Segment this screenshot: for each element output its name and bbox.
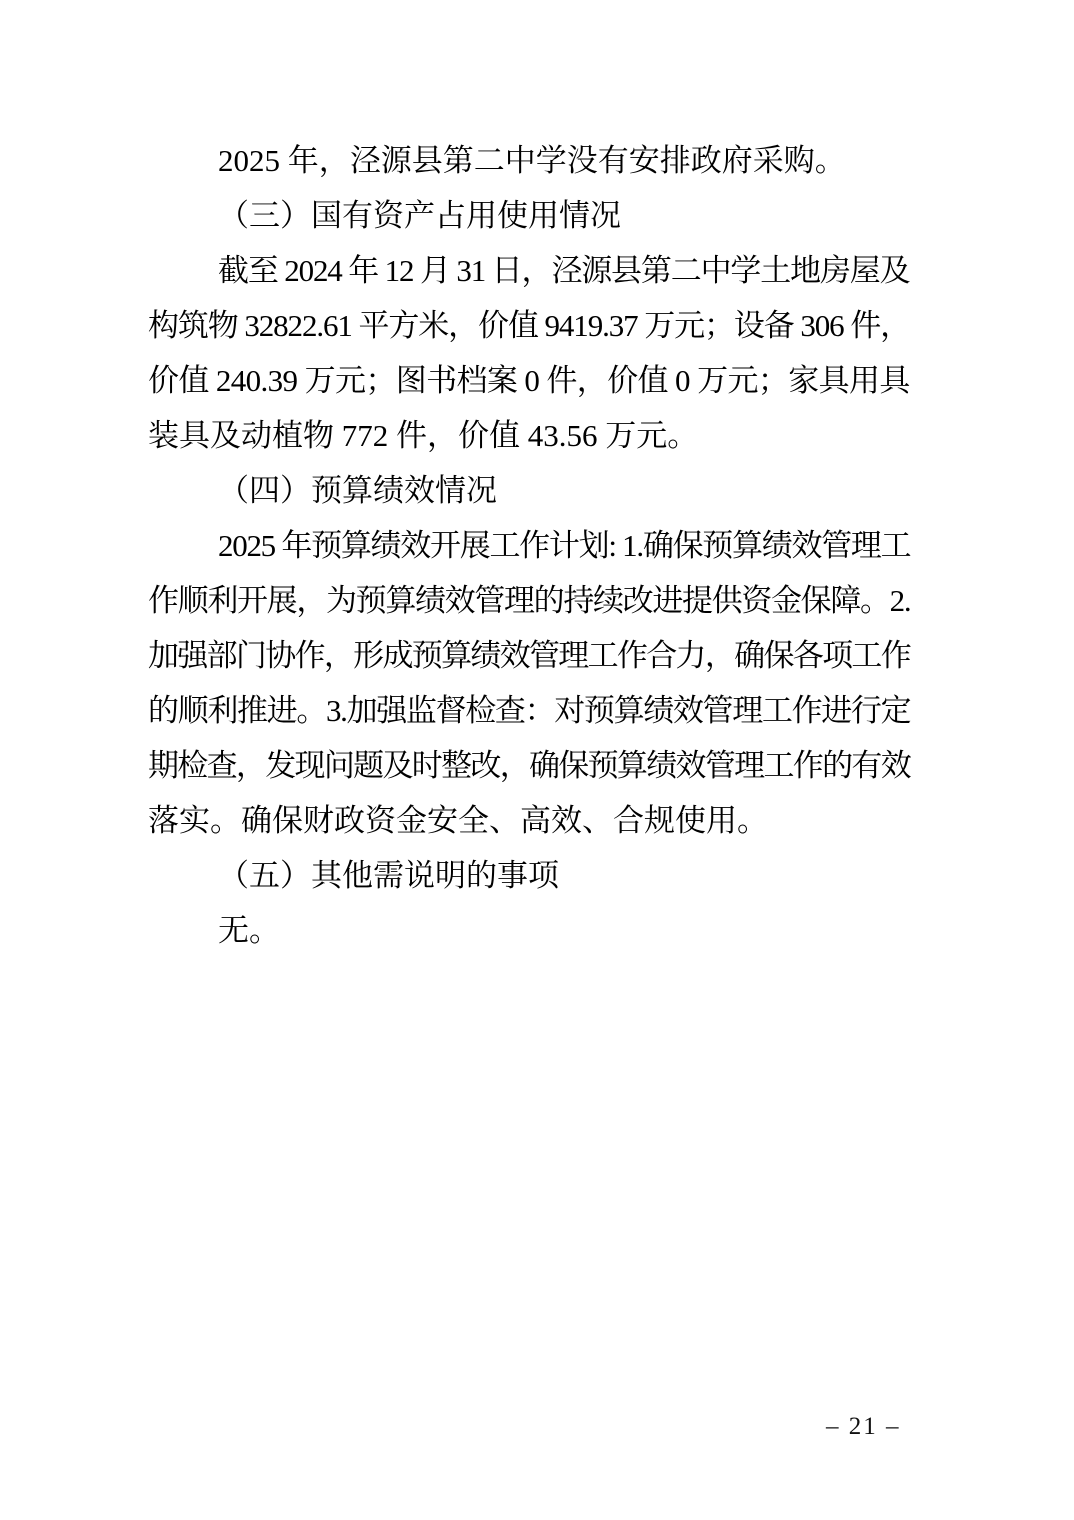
text-line: 加强部门协作，形成预算绩效管理工作合力，确保各项工作: [148, 628, 910, 683]
text-line: （三）国有资产占用使用情况: [148, 188, 910, 243]
text-line: 截至 2024 年 12 月 31 日，泾源县第二中学土地房屋及: [148, 243, 910, 298]
text-line: 期检查，发现问题及时整改，确保预算绩效管理工作的有效: [148, 738, 910, 793]
text-line: 构筑物 32822.61 平方米，价值 9419.37 万元；设备 306 件，: [148, 298, 910, 353]
document-body: 2025 年，泾源县第二中学没有安排政府采购。（三）国有资产占用使用情况截至 2…: [148, 133, 910, 958]
page-number: – 21 –: [826, 1412, 926, 1442]
text-line: 价值 240.39 万元；图书档案 0 件，价值 0 万元；家具用具: [148, 353, 910, 408]
text-line: 的顺利推进。3.加强监督检查：对预算绩效管理工作进行定: [148, 683, 910, 738]
text-line: 2025 年，泾源县第二中学没有安排政府采购。: [148, 133, 910, 188]
text-line: 落实。确保财政资金安全、高效、合规使用。: [148, 793, 910, 848]
text-line: 2025 年预算绩效开展工作计划: 1.确保预算绩效管理工: [148, 518, 910, 573]
text-line: （四）预算绩效情况: [148, 463, 910, 518]
text-line: 作顺利开展，为预算绩效管理的持续改进提供资金保障。2.: [148, 573, 910, 628]
text-line: 无。: [148, 903, 910, 958]
text-line: （五）其他需说明的事项: [148, 848, 910, 903]
text-line: 装具及动植物 772 件，价值 43.56 万元。: [148, 408, 910, 463]
document-page: 2025 年，泾源县第二中学没有安排政府采购。（三）国有资产占用使用情况截至 2…: [0, 0, 1074, 1520]
